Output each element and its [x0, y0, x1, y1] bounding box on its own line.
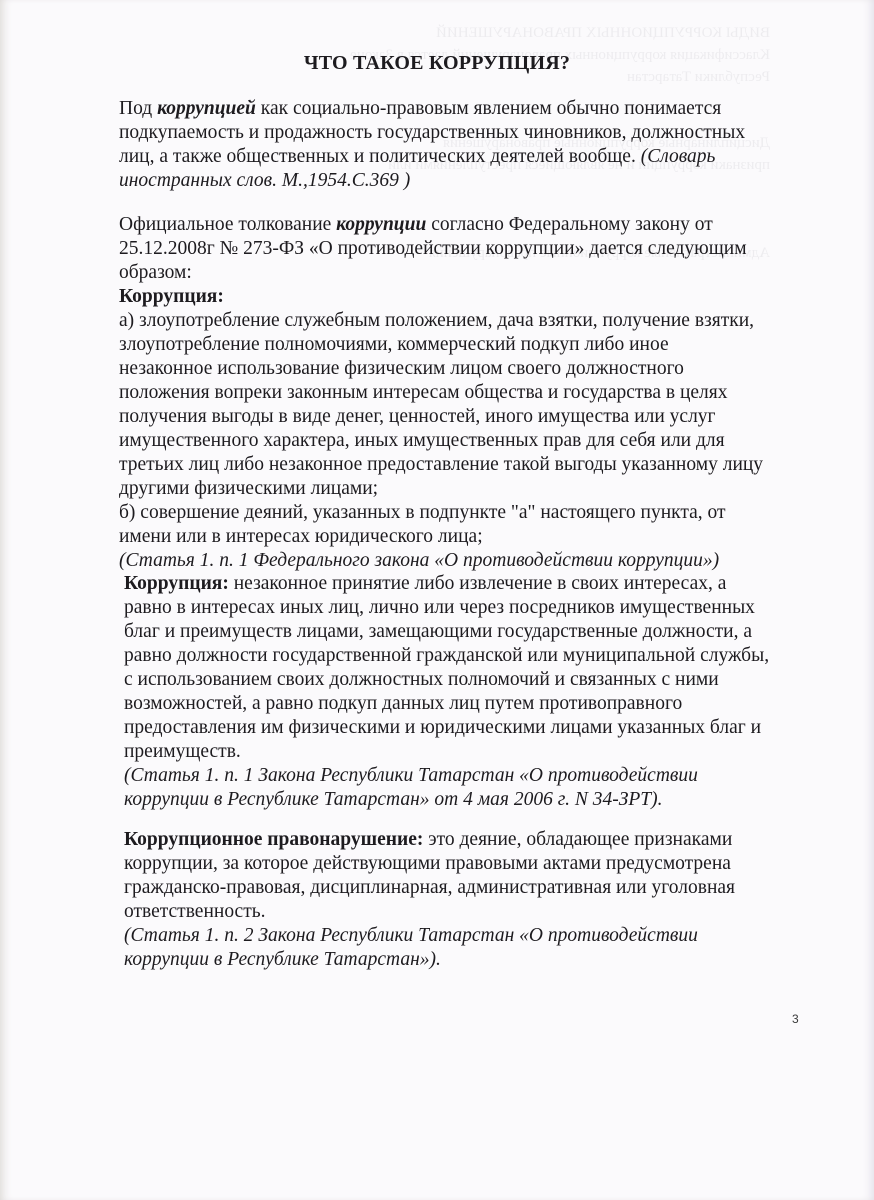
intro-line-1: Под коррупцией как социально-правовым яв…	[119, 97, 799, 121]
body-line: положения вопреки законным интересам общ…	[119, 381, 809, 405]
body-line: имущественного характера, иных имуществе…	[119, 429, 809, 453]
body-line: с использованием своих должностных полно…	[124, 668, 814, 692]
offense-line-1: Коррупционное правонарушение: это деяние…	[124, 828, 814, 852]
intro-line-4: иностранных слов. М.,1954.С.369 )	[119, 169, 799, 193]
body-line: ответственность.	[124, 900, 814, 924]
intro-line-3: лиц, а также общественных и политических…	[119, 145, 799, 169]
tatarstan-definition: Коррупция: незаконное принятие либо извл…	[124, 572, 814, 812]
intro-paragraph: Под коррупцией как социально-правовым яв…	[119, 97, 799, 193]
tatarstan-law-citation: коррупции в Республике Татарстан» от 4 м…	[124, 788, 814, 812]
body-line: незаконное использование физическим лицо…	[119, 357, 809, 381]
body-line: благ и преимуществ лицами, замещающими г…	[124, 620, 814, 644]
offense-definition: Коррупционное правонарушение: это деяние…	[124, 828, 814, 972]
body-line: коррупции, за которое действующими право…	[124, 852, 814, 876]
body-line: третьих лиц либо незаконное предоставлен…	[119, 453, 809, 477]
body-line: возможностей, а равно подкуп данных лиц …	[124, 692, 814, 716]
body-line: предоставления им физическими и юридичес…	[124, 716, 814, 740]
dictionary-citation: (Словарь	[641, 146, 716, 167]
body-line: равно должности государственной гражданс…	[124, 644, 814, 668]
term-emphasis: коррупцией	[157, 98, 256, 119]
body-line: а) злоупотребление служебным положением,…	[119, 309, 809, 333]
body-line: злоупотребление полномочиями, коммерческ…	[119, 333, 809, 357]
official-definition: Официальное толкование коррупции согласн…	[119, 213, 809, 573]
page-title: ЧТО ТАКОЕ КОРРУПЦИЯ?	[0, 52, 874, 75]
term-emphasis: коррупции	[336, 214, 426, 235]
corruption-heading: Коррупция:	[124, 573, 229, 594]
intro-line-2: подкупаемость и продажность государствен…	[119, 121, 799, 145]
body-line: получения выгоды в виде денег, ценностей…	[119, 405, 809, 429]
body-line: равно в интересах иных лиц, лично или че…	[124, 596, 814, 620]
official-line-3: образом:	[119, 261, 809, 285]
offense-heading: Коррупционное правонарушение:	[124, 829, 423, 850]
corruption-heading: Коррупция:	[119, 285, 809, 309]
tatarstan-law-citation: (Статья 1. п. 1 Закона Республики Татарс…	[124, 764, 814, 788]
tatarstan-law-citation: коррупции в Республике Татарстан»).	[124, 948, 814, 972]
body-line: другими физическими лицами;	[119, 477, 809, 501]
page-number: 3	[792, 1012, 799, 1026]
body-line: имени или в интересах юридического лица;	[119, 525, 809, 549]
scanned-page: ВИДЫ КОРРУПЦИОННЫХ ПРАВОНАРУШЕНИЙ Класси…	[0, 0, 874, 1200]
body-line: гражданско-правовая, дисциплинарная, адм…	[124, 876, 814, 900]
body-line: б) совершение деяний, указанных в подпун…	[119, 501, 809, 525]
federal-law-citation: (Статья 1. п. 1 Федерального закона «О п…	[119, 549, 809, 573]
official-line-1: Официальное толкование коррупции согласн…	[119, 213, 809, 237]
official-line-2: 25.12.2008г № 273-ФЗ «О противодействии …	[119, 237, 809, 261]
tatarstan-law-citation: (Статья 1. п. 2 Закона Республики Татарс…	[124, 924, 814, 948]
tatarstan-line-1: Коррупция: незаконное принятие либо извл…	[124, 572, 814, 596]
body-line: преимуществ.	[124, 740, 814, 764]
